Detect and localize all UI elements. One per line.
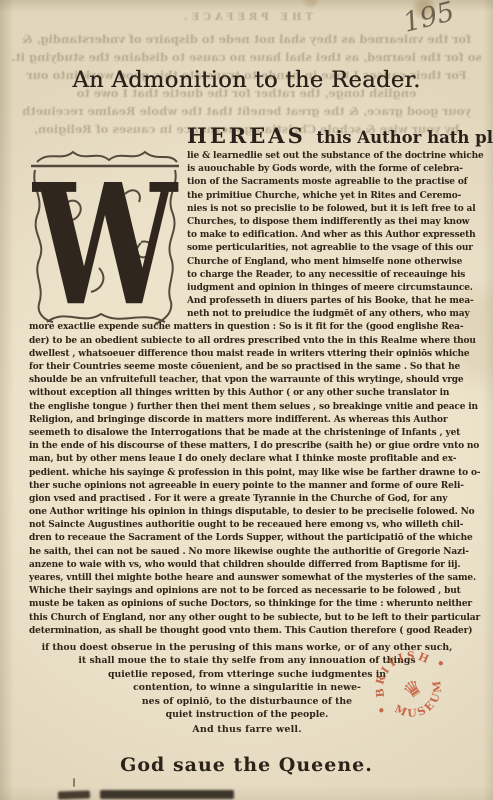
indented-lines: lie & learnedlie set out the substance o… [187,150,465,321]
handwritten-page-number: 195 [400,0,458,39]
body-line: dwellest , whatsoeuer difference thou ma… [29,348,465,361]
body-line: to charge the Reader, to any necessitie … [187,269,465,282]
woodcut-initial-icon: W [29,146,181,328]
bleedthrough-line: so for the learned, as thei shal haue no… [0,48,493,66]
bottom-ink-smudge [58,790,90,799]
body-line: yeares, vntill thei mighte bothe heare a… [29,572,465,585]
body-line: ther suche opinions not agreeable in eue… [29,480,465,493]
closing-taper-line: contention, to winne a singularitie in n… [29,681,465,694]
body-line: And professeth in diuers partes of his B… [187,295,465,308]
body-line: one Author writinge his opinion in thing… [29,506,465,519]
body-line: shoulde be an vnfruitefull teacher, that… [29,374,465,387]
body-line: gion vsed and practised . For it were a … [29,493,465,506]
body-line: for their Countries seeme moste cōuenien… [29,361,465,374]
body-line: tion of the Sacraments moste agreablie t… [187,176,465,189]
body-line: in the ende of his discourse of these ma… [29,440,465,453]
body-line: determination, as shall be thought good … [29,625,465,638]
body-line: Churche of England, who ment himselfe no… [187,256,465,269]
body-line: muste be taken as opinions of suche Doct… [29,598,465,611]
closing-taper-line: quiet instruction of the people. [29,708,465,721]
body-line: he saith, thei can not be saued . No mor… [29,546,465,559]
body-line: Religion, and bringinge discorde in matt… [29,414,465,427]
body-line: is auouchable by Gods worde, with the fo… [187,163,465,176]
body-line: not Saincte Augustines authoritie ought … [29,519,465,532]
closing-taper-line: nes of opiniō, to the disturbaunce of th… [29,695,465,708]
body-line: dren to receaue the Sacrament of the Lor… [29,532,465,545]
body-line: der) to be an obedient subiecte to all o… [29,335,465,348]
body-line: lie & learnedlie set out the substance o… [187,150,465,163]
body-line: to make to edification. And wher as this… [187,229,465,242]
body-line: neth not to preiudice the iudgmēt of any… [187,308,465,321]
body-line: pedient. whiche his sayinge & profession… [29,467,465,480]
farewell-line: And thus farre well. [29,724,465,735]
tapered-closing: if thou doest obserue in the perusing of… [29,641,465,721]
page-title: An Admonition to the Reader. [0,67,493,93]
body-line: iudgment and opinion in thinges of meere… [187,282,465,295]
body-line: this Church of England, nor any other ou… [29,612,465,625]
bleedthrough-line: your good grace, & the great benefit tha… [0,102,493,120]
main-text: W HEREAS this Author hath plain lie & le… [29,124,465,735]
body-line: the primitiue Churche, whiche yet in Rit… [187,190,465,203]
closing-taper-line: quietlie reposed, from vtteringe suche i… [29,668,465,681]
opening-line-rest: this Author hath plain [316,128,493,147]
god-save-the-queene: God saue the Queene. [0,754,493,776]
dropcap-letter: W [31,149,178,328]
bottom-ink-mark [73,778,75,787]
body-line: man, but by other mens leaue I do onely … [29,453,465,466]
body-line: the englishe tongue ) further then thei … [29,401,465,414]
body-line: without exception all thinges written by… [29,387,465,400]
body-line: nies is not so precislie to be folowed, … [187,203,465,216]
dropcap-initial-w: W [29,146,181,328]
body-line: some perticularities, not agreablie to t… [187,242,465,255]
opening-word: HEREAS [187,123,306,148]
body-line: Whiche their sayings and opinions are no… [29,585,465,598]
opening-line: HEREAS this Author hath plain [187,124,465,150]
closing-taper-line: it shall moue the to staie thy selfe fro… [29,654,465,667]
bottom-ink-smudge [100,790,234,799]
body-line: Churches, to dispose them indifferently … [187,216,465,229]
book-page: THE PREFACE. for the vnlearned as they s… [0,0,493,800]
body-line: anzene to waie with vs, who would that c… [29,559,465,572]
closing-taper-line: if thou doest obserue in the perusing of… [29,641,465,654]
full-width-lines: more exactlie expende suche matters in q… [29,321,465,638]
body-line: seemeth to disalowe the Interrogations t… [29,427,465,440]
